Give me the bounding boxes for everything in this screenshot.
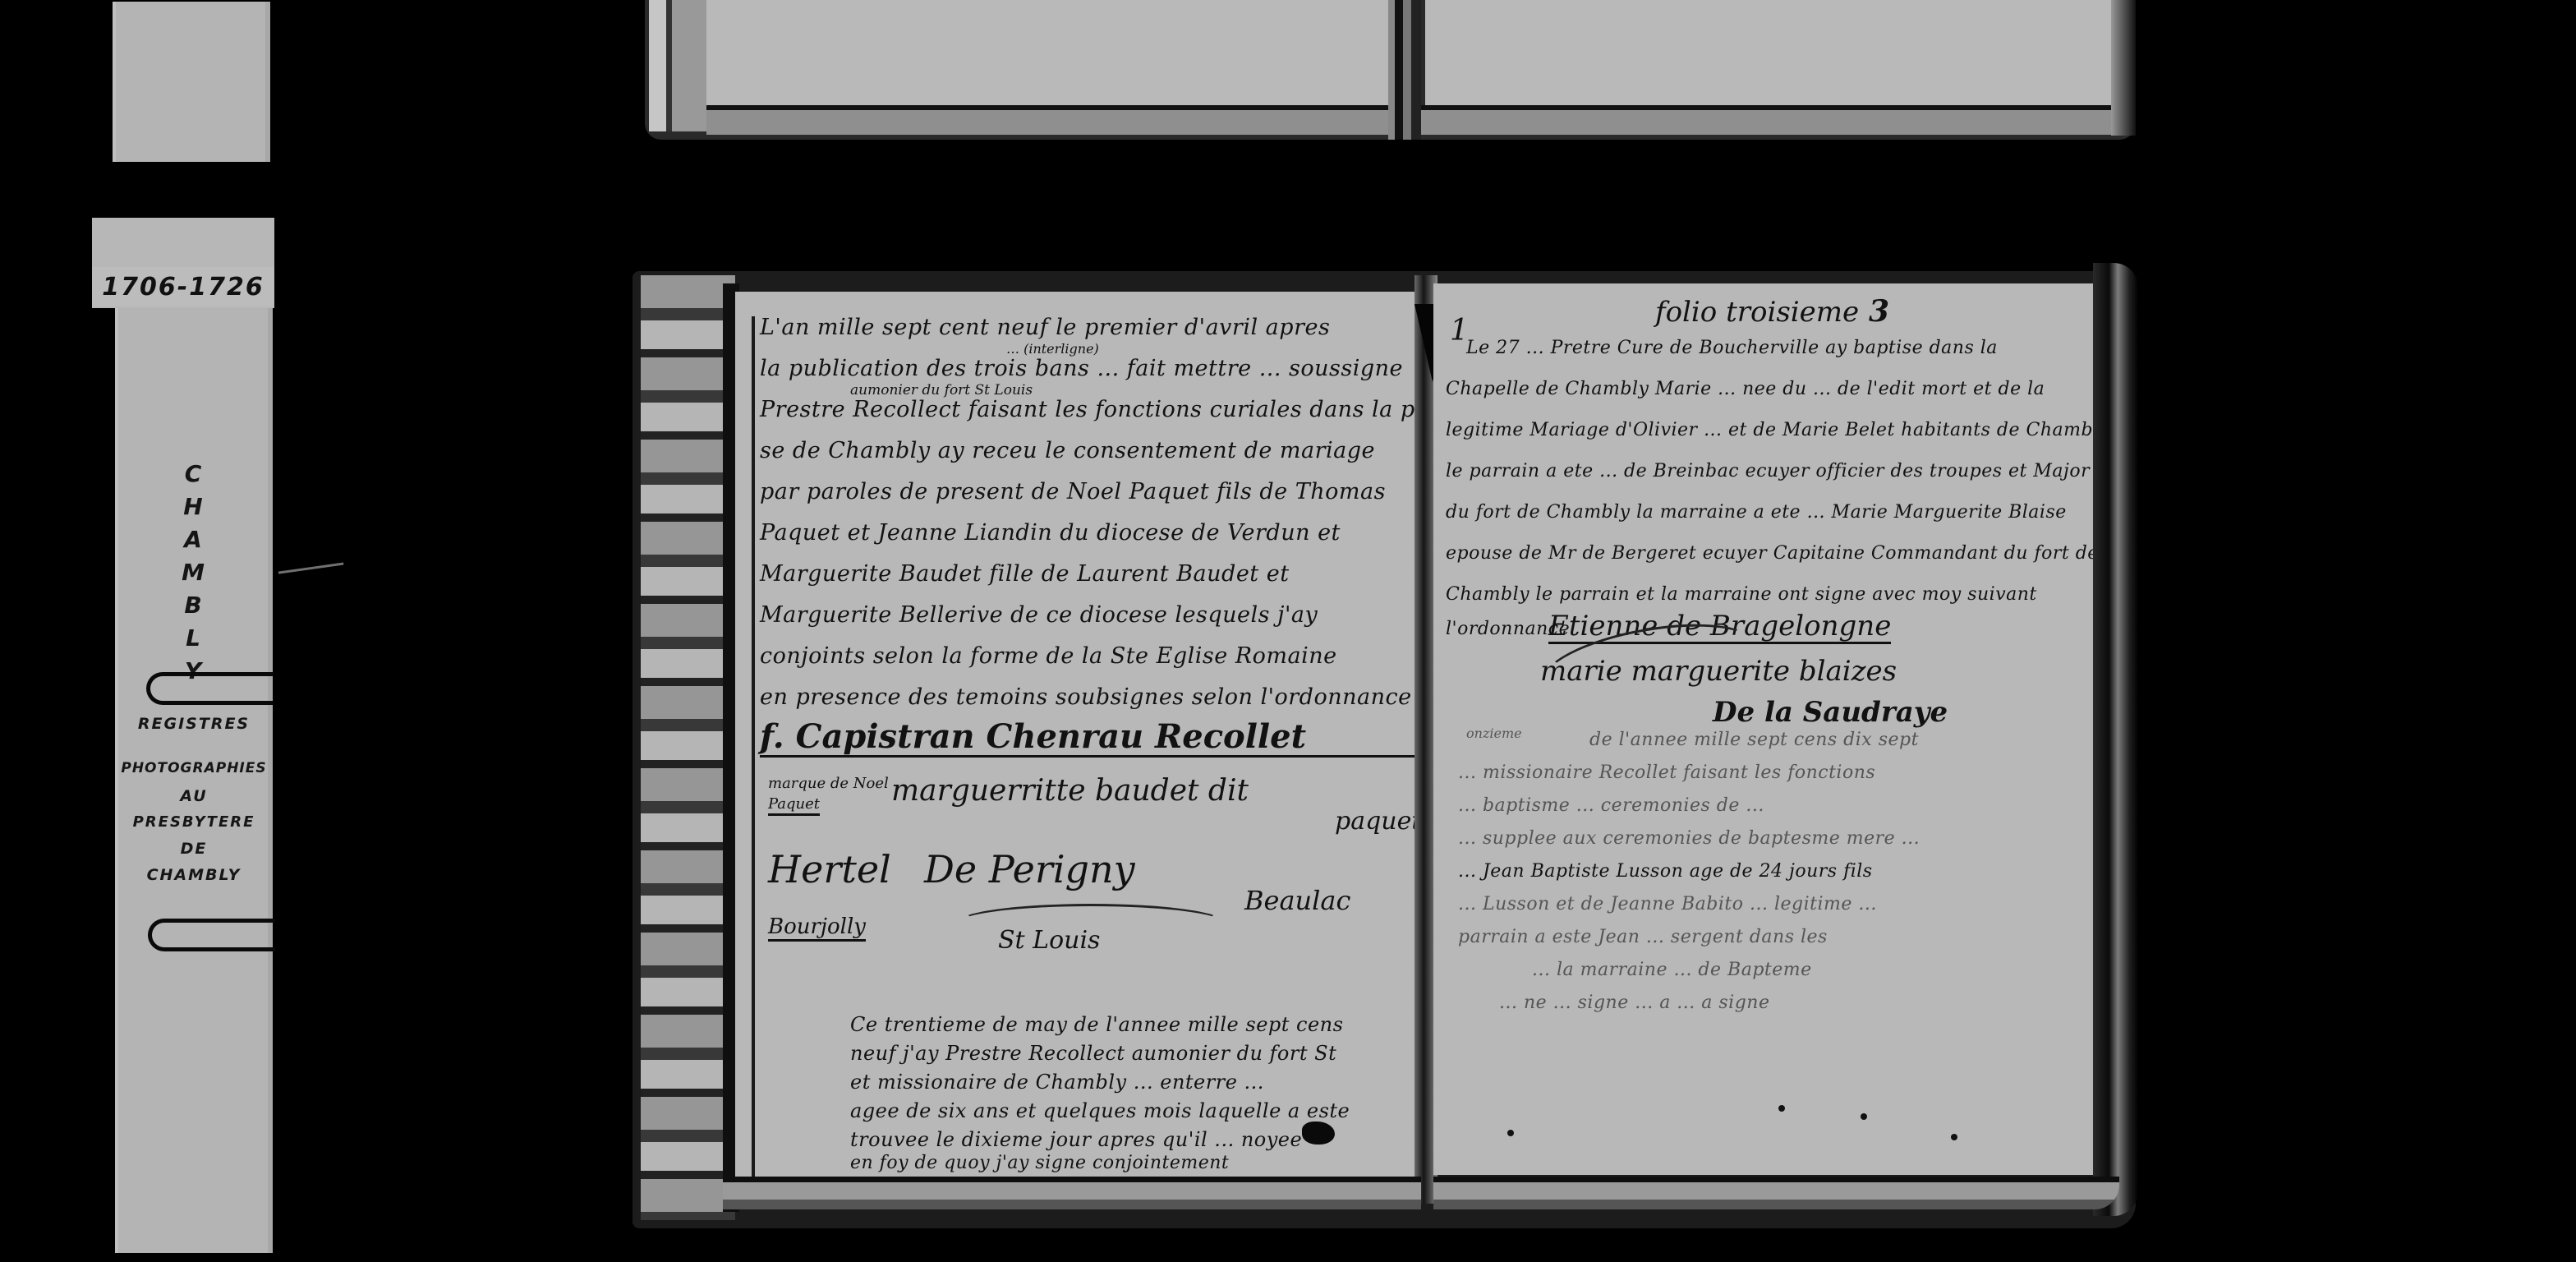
entry-line: parrain a este Jean ... sergent dans les [1458,928,1828,946]
godmother-signature: marie marguerite blaizes [1540,657,1897,685]
title-letter: M [182,559,205,587]
entry-line: en presence des temoins soubsignes selon… [760,686,1412,708]
entry-line: le parrain a ete ... de Breinbac ecuyer … [1446,463,2090,481]
title-letter: B [184,592,201,619]
entry-line: la publication des trois bans ... fait m… [760,357,1403,380]
interlinear-note: aumonier du fort St Louis [850,384,1033,398]
bride-signature: marguerritte baudet dit [891,776,1249,806]
entry-line: ... baptisme ... ceremonies de ... [1458,797,1764,815]
bride-alias: paquet [1335,809,1421,834]
target-strip [115,218,273,1253]
title-letter: L [186,624,200,652]
right-page-bottom-edge [1433,1177,2119,1209]
label-registres: REGISTRES [115,715,273,733]
entry-line: Prestre Recollect faisant les fonctions … [760,398,1480,421]
entry-line: Marguerite Baudet fille de Laurent Baude… [760,563,1290,585]
folio-label: folio troisieme [1655,298,1859,326]
left-page-bottom-edge [723,1177,1421,1209]
date-range-label: 1706-1726 [92,267,274,306]
right-book-edge [2093,263,2138,1216]
entry-line: ... Lusson et de Jeanne Babito ... legit… [1458,896,1877,914]
entry-line: legitime Mariage d'Olivier ... et de Mar… [1446,421,2110,440]
witness-signature: De Perigny [924,850,1135,888]
entry-line: ... la marraine ... de Bapteme [1532,961,1812,979]
witness-signature: Bourjolly [768,916,866,942]
witness-signature: Beaulac [1244,887,1350,914]
ink-blot [1302,1122,1335,1145]
margin-rule [752,316,755,1179]
godfather-signature: De la Saudraye [1713,698,1948,726]
witness-signature: Hertel [768,850,891,888]
entry-line: du fort de Chambly la marraine a ete ...… [1446,504,2067,522]
stray-mark [278,563,346,591]
title-letter: A [184,526,202,554]
right-page: folio troisieme 3 1 Le 27 ... Pretre Cur… [1433,283,2099,1175]
entry-line: ... Jean Baptiste Lusson age de 24 jours… [1458,863,1873,881]
previous-frame-right-edge [2111,0,2136,136]
entry-line: de l'annee mille sept cens dix sept [1589,731,1919,749]
entry-line: ... ne ... signe ... a ... a signe [1499,994,1769,1012]
mark-note: Paquet [768,797,820,816]
entry-line: Marguerite Bellerive de ce diocese lesqu… [760,604,1318,626]
previous-frame-spine [1388,0,1421,140]
entry-line: agee de six ans et quelques mois laquell… [850,1101,1350,1121]
entry-line: neuf j'ay Prestre Recollect aumonier du … [850,1043,1336,1063]
paper-speck [1507,1130,1514,1136]
paperclip-icon [146,672,274,705]
previous-frame-right-page [1425,0,2127,105]
entry-line: ... supplee aux ceremonies de baptesme m… [1458,830,1920,848]
paperclip-icon [148,919,275,951]
damaged-left-edge [641,275,735,1220]
label-au: AU [115,787,273,805]
title-letter: H [183,493,202,521]
entry-line: Le 27 ... Pretre Cure de Boucherville ay… [1466,339,1998,357]
entry-line: Ce trentieme de may de l'annee mille sep… [850,1015,1343,1034]
entry-line: Chambly le parrain et la marraine ont si… [1446,586,2037,604]
entry-line: trouvee le dixieme jour apres qu'il ... … [850,1130,1302,1149]
signature-flourish [957,904,1225,942]
officiant-signature: f. Capistran Chenrau Recollet [760,721,1437,758]
left-page: L'an mille sept cent neuf le premier d'a… [735,292,1417,1191]
label-presbytere: PRESBYTERE [115,813,273,831]
entry-line: Chapelle de Chambly Marie ... nee du ...… [1446,380,2045,398]
previous-frame-left-edge [649,0,706,131]
mark-note: marque de Noel [768,776,889,791]
title-letter: C [185,460,202,488]
entry-line: en foy de quoy j'ay signe conjointement [850,1154,1229,1172]
target-strip-top [113,2,270,162]
entry-line: se de Chambly ay receu le consentement d… [760,440,1375,462]
paper-speck [1951,1134,1957,1140]
vertical-parish-title: C H A M B L Y [177,460,209,685]
microfilm-frame: 1706-1726 C H A M B L Y REGISTRES PHOTOG… [0,0,2576,1262]
label-chambly: CHAMBLY [115,866,273,884]
entry-line: L'an mille sept cent neuf le premier d'a… [760,316,1330,339]
label-photographies: PHOTOGRAPHIES [115,760,273,776]
entry-line: conjoints selon la forme de la Ste Eglis… [760,645,1337,667]
margin-note: onzieme [1466,727,1522,740]
entry-line: par paroles de present de Noel Paquet fi… [760,481,1386,503]
entry-line: et missionaire de Chambly ... enterre ..… [850,1072,1264,1092]
entry-line: Paquet et Jeanne Liandin du diocese de V… [760,522,1341,544]
previous-frame-left-page [706,0,1392,105]
interlinear-note: … (interligne) [1006,343,1099,356]
previous-frame-right-bottom-edge [1401,105,2123,135]
folio-number: 3 [1869,297,1889,326]
paper-speck [1861,1113,1867,1120]
paper-speck [1778,1105,1785,1112]
entry-line: ... missionaire Recollet faisant les fon… [1458,764,1875,782]
entry-line: epouse de Mr de Bergeret ecuyer Capitain… [1446,545,2099,563]
label-de: DE [115,840,273,858]
previous-frame-left-bottom-edge [706,105,1396,135]
